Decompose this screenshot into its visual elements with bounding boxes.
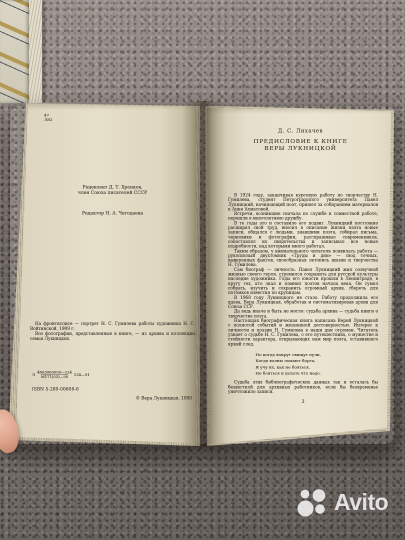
frontispiece-credit: На фронтисписе — портрет Н. С. Гумилева …	[30, 321, 195, 331]
preface-paragraph: В те годы это и составило его подвиг. Лу…	[228, 221, 378, 249]
publication-code-fraction: 4603000000—224 М171(03)—90	[37, 370, 72, 379]
library-code-line2: Л82	[44, 118, 74, 123]
preface-title-line1: ПРЕДИСЛОВИЕ К КНИГЕ	[210, 138, 391, 145]
preface-paragraph: В 1924 году, заканчивая курсовую работу …	[228, 193, 378, 212]
preface-paragraph: Настоящая биографическая книга написана …	[228, 319, 378, 347]
editor-line: Редактор Н. А. Чегодаева	[30, 211, 195, 216]
preface-paragraph: Встречи, возникшие сначала по службе и с…	[228, 212, 378, 221]
copyright-line: © Вера Лукницкая, 1990	[30, 396, 195, 401]
left-page: 47 Л82 Рецензент Д. Т. Хренков, член Сою…	[14, 102, 198, 444]
preface-paragraph: В 1968 году Лукницкого не стало. Работу …	[228, 295, 378, 309]
avito-watermark: Avito	[296, 487, 388, 518]
poem-quote: Но когда вокруг свищут пули, Когда волны…	[256, 351, 351, 376]
patterned-book-cover	[0, 0, 42, 103]
publication-code-prefix: Л	[32, 372, 35, 377]
left-page-text: 47 Л82 Рецензент Д. Т. Хренков, член Сою…	[30, 108, 195, 444]
cover-stripe-pattern	[0, 0, 29, 103]
isbn-line: ISBN 5-289-00608-6	[32, 387, 79, 392]
preface-heading: Д. С. Лихачев ПРЕДИСЛОВИЕ К КНИГЕ ВЕРЫ Л…	[210, 128, 391, 152]
cover-page-edges	[29, 0, 42, 103]
avito-wordmark: Avito	[334, 489, 388, 516]
reviewer-line2: член Союза писателей СССР	[30, 191, 195, 197]
publication-code-suffix: 134—91	[74, 372, 90, 377]
poem-line: Не бояться и делать что надо.	[256, 370, 351, 376]
preface-body: В 1924 году, заканчивая курсовую работу …	[228, 193, 378, 433]
preface-paragraph: Таким образом, у внимательного читателя …	[228, 249, 378, 268]
photo-scene: 47 Л82 Рецензент Д. Т. Хренков, член Сою…	[0, 0, 405, 540]
right-page: Д. С. Лихачев ПРЕДИСЛОВИЕ К КНИГЕ ВЕРЫ Л…	[205, 106, 394, 446]
preface-title: ПРЕДИСЛОВИЕ К КНИГЕ ВЕРЫ ЛУКНИЦКОЙ	[210, 138, 391, 152]
avito-logo-icon	[296, 487, 329, 518]
page-number: 3	[228, 400, 378, 405]
preface-title-line2: ВЕРЫ ЛУКНИЦКОЙ	[210, 145, 391, 152]
photo-credits-block: На фронтисписе — портрет Н. С. Гумилева …	[30, 321, 195, 341]
preface-paragraph: Сам биограф — личность. Павел Лукницкий …	[228, 267, 378, 295]
library-code: 47 Л82	[44, 113, 74, 122]
photos-credit: Все фотографии, представленные в книге, …	[30, 331, 195, 341]
preface-author: Д. С. Лихачев	[210, 128, 391, 134]
publication-code-denominator: М171(03)—90	[41, 374, 68, 379]
publication-code: Л 4603000000—224 М171(03)—90 134—91	[32, 370, 90, 379]
reviewer-block: Рецензент Д. Т. Хренков, член Союза писа…	[30, 185, 195, 196]
preface-closing: Судьба этих библиографических данных так…	[228, 380, 378, 394]
